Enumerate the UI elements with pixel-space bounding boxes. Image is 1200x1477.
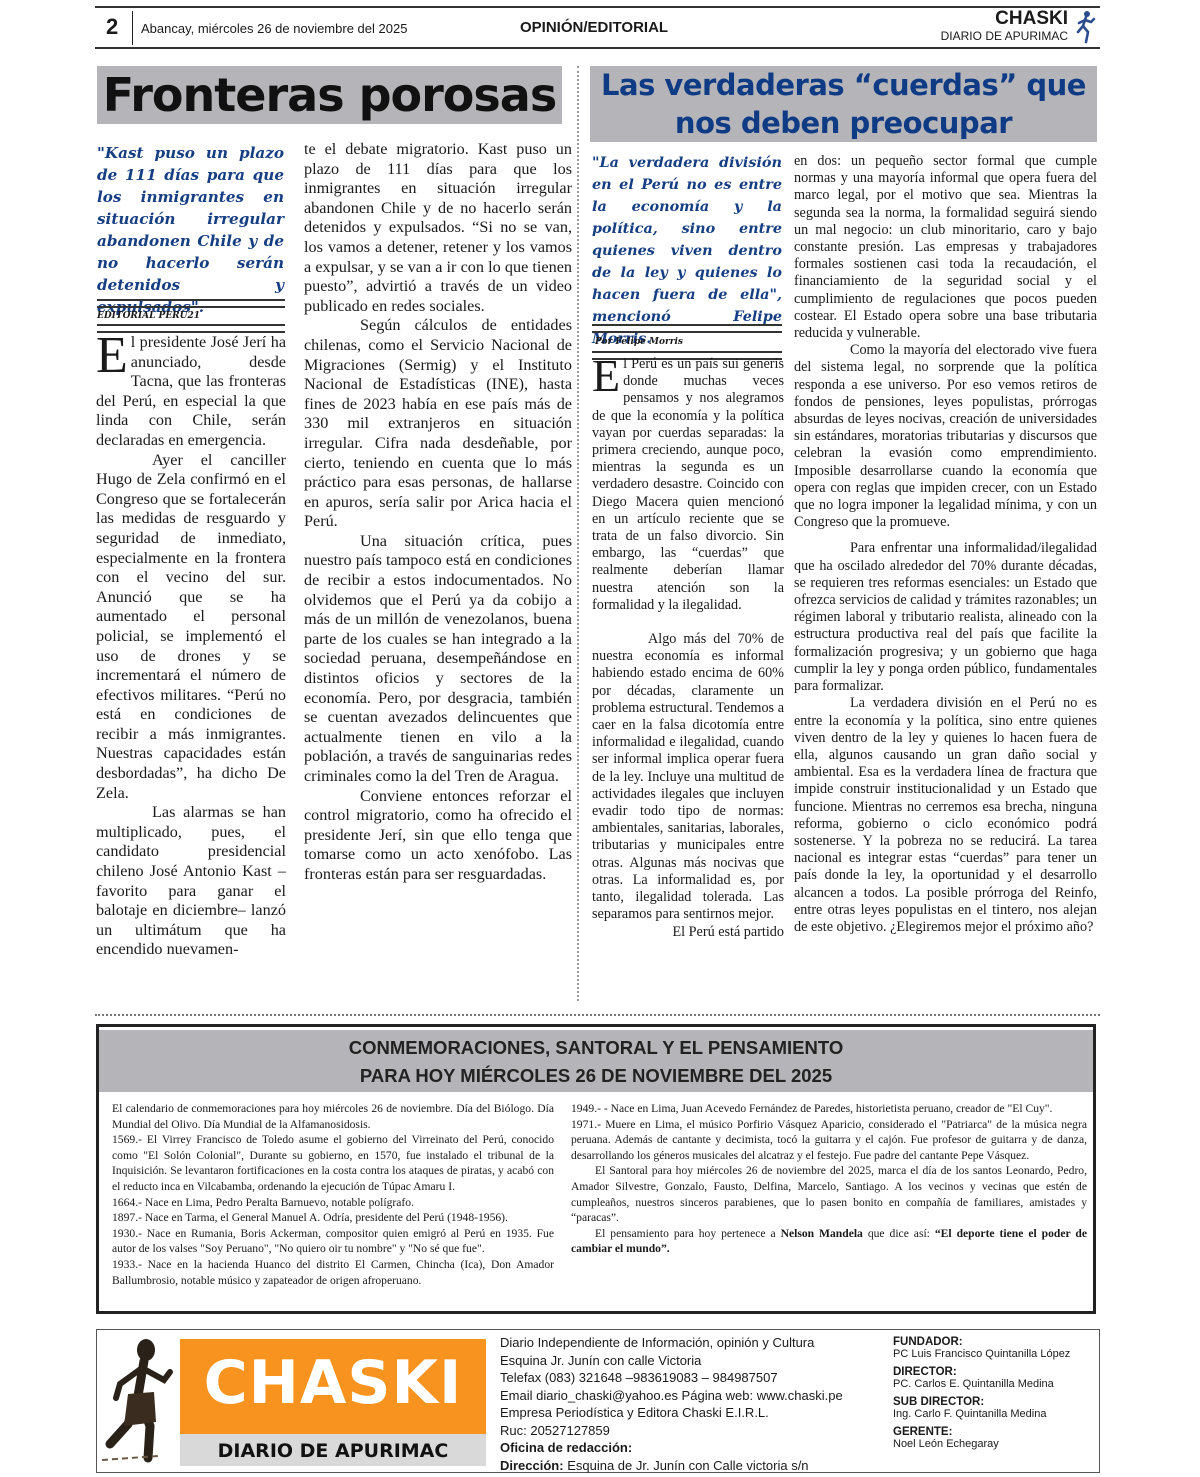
commemorations-title-line-2: PARA HOY MIÉRCOLES 26 DE NOVIEMBRE DEL 2… (99, 1062, 1093, 1090)
commemorations-header: CONMEMORACIONES, SANTORAL Y EL PENSAMIEN… (99, 1030, 1093, 1092)
opinion-pull-quote: "La verdadera división en el Perú no es … (592, 152, 782, 350)
commemorations-title-line-1: CONMEMORACIONES, SANTORAL Y EL PENSAMIEN… (99, 1034, 1093, 1062)
list-item: 1664.- Nace en Lima, Pedro Peralta Barnu… (112, 1195, 554, 1211)
list-item: El calendario de conmemoraciones para ho… (112, 1101, 554, 1132)
staff-name: PC Luis Francisco Quintanilla López (893, 1348, 1098, 1360)
staff-name: PC. Carlos E. Quintanilla Medina (893, 1378, 1098, 1390)
header-divider (132, 11, 133, 45)
opinion-title-line-2: nos deben preocupar (590, 104, 1097, 142)
column-divider (577, 66, 579, 1001)
info-line: Email diario_chaski@yahoo.es Página web:… (500, 1387, 890, 1405)
header-top-rule (95, 6, 1100, 8)
paragraph: Ayer el canciller Hugo de Zela confirmó … (96, 451, 286, 804)
footer-contact-info: Diario Independiente de Información, opi… (500, 1334, 890, 1474)
commemorations-right-column: 1949.- - Nace en Lima, Juan Acevedo Fern… (571, 1101, 1087, 1257)
byline-rule-top (97, 299, 285, 308)
list-item: 1897.- Nace en Tarma, el General Manuel … (112, 1210, 554, 1226)
byline-rule-top (592, 324, 782, 333)
list-item: 1930.- Nace en Rumania, Boris Ackerman, … (112, 1226, 554, 1257)
footer-logo-name: CHASKI (180, 1343, 486, 1423)
paragraph: Una situación crítica, pues nuestro país… (304, 532, 572, 787)
dateline: Abancay, miércoles 26 de noviembre del 2… (141, 21, 407, 36)
paragraph: en dos: un pequeño sector formal que cum… (794, 153, 1097, 342)
section-title: OPINIÓN/EDITORIAL (520, 19, 668, 36)
paragraph: te el debate migratorio. Kast puso un pl… (304, 140, 572, 316)
drop-cap: E (592, 359, 623, 393)
paragraph: Las alarmas se han multiplicado, pues, e… (96, 803, 286, 960)
thought-author: Nelson Mandela (781, 1227, 863, 1240)
page-number: 2 (106, 14, 118, 40)
runner-icon (1074, 10, 1096, 44)
paragraph: Algo más del 70% de nuestra economía es … (592, 631, 784, 923)
paragraph: Según cálculos de entidades chilenas, co… (304, 316, 572, 532)
office-label: Oficina de redacción: (500, 1439, 890, 1457)
paragraph: Como la mayoría del electorado vive fuer… (794, 342, 1097, 531)
opinion-byline-block: Por Felipe Morris (592, 324, 782, 360)
paragraph: La verdadera división en el Perú no es e… (794, 695, 1097, 936)
santoral-paragraph: El Santoral para hoy miércoles 26 de nov… (571, 1163, 1087, 1225)
thought-paragraph: El pensamiento para hoy pertenece a Nels… (571, 1226, 1087, 1257)
list-item: 1569.- El Virrey Francisco de Toledo asu… (112, 1132, 554, 1194)
editorial-pull-quote: "Kast puso un plazo de 111 días para que… (97, 142, 284, 318)
staff-role: DIRECTOR: (893, 1366, 1098, 1378)
brand-name: CHASKI (941, 9, 1068, 29)
opinion-title-line-1: Las verdaderas “cuerdas” que (590, 66, 1097, 104)
paragraph: El Perú está partido (592, 924, 784, 941)
footer-staff: FUNDADOR: PC Luis Francisco Quintanilla … (893, 1334, 1098, 1450)
staff-name: Noel León Echegaray (893, 1438, 1098, 1450)
opinion-byline: Por Felipe Morris (595, 337, 782, 347)
section-separator (95, 1014, 1100, 1020)
editorial-column-2: te el debate migratorio. Kast puso un pl… (304, 140, 572, 885)
paragraph: El Perú es un país sui generis donde muc… (592, 356, 784, 614)
commemorations-left-column: El calendario de conmemoraciones para ho… (112, 1101, 554, 1288)
list-item: 1971.- Muere en Lima, el músico Porfirio… (571, 1117, 1087, 1164)
info-line: Telefax (083) 321648 –983619083 – 984987… (500, 1369, 890, 1387)
opinion-column-2: en dos: un pequeño sector formal que cum… (794, 153, 1097, 936)
info-line: Ruc: 20527127859 (500, 1422, 890, 1440)
footer-logo-subtitle: DIARIO DE APURIMAC (180, 1437, 486, 1465)
brand-subtitle: DIARIO DE APURIMAC (941, 29, 1068, 43)
editorial-column-1: El presidente José Jerí ha anunciado, de… (96, 333, 286, 960)
staff-role: SUB DIRECTOR: (893, 1396, 1098, 1408)
runner-icon (98, 1336, 184, 1466)
drop-cap: E (96, 336, 131, 376)
paragraph: El presidente José Jerí ha anunciado, de… (96, 333, 286, 451)
info-line: Empresa Periodística y Editora Chaski E.… (500, 1404, 890, 1422)
address-line: Dirección: Esquina de Jr. Junín con Call… (500, 1457, 890, 1475)
paragraph: Conviene entonces reforzar el control mi… (304, 787, 572, 885)
info-line: Diario Independiente de Información, opi… (500, 1334, 890, 1352)
staff-role: FUNDADOR: (893, 1336, 1098, 1348)
header-bottom-rule (95, 47, 1100, 49)
list-item: 1933.- Nace en la hacienda Huanco del di… (112, 1257, 554, 1288)
list-item: 1949.- - Nace en Lima, Juan Acevedo Fern… (571, 1101, 1087, 1117)
staff-name: Ing. Carlo F. Quintanilla Medina (893, 1408, 1098, 1420)
opinion-title: Las verdaderas “cuerdas” que nos deben p… (590, 66, 1097, 142)
editorial-title: Fronteras porosas (97, 66, 562, 124)
editorial-byline: EDITORIAL PERÚ21 (97, 311, 285, 321)
masthead-brand: CHASKI DIARIO DE APURIMAC (941, 9, 1068, 43)
paragraph: Para enfrentar una informalidad/ilegalid… (794, 540, 1097, 695)
info-line: Esquina Jr. Junín con calle Victoria (500, 1352, 890, 1370)
opinion-column-1: El Perú es un país sui generis donde muc… (592, 356, 784, 941)
staff-role: GERENTE: (893, 1426, 1098, 1438)
